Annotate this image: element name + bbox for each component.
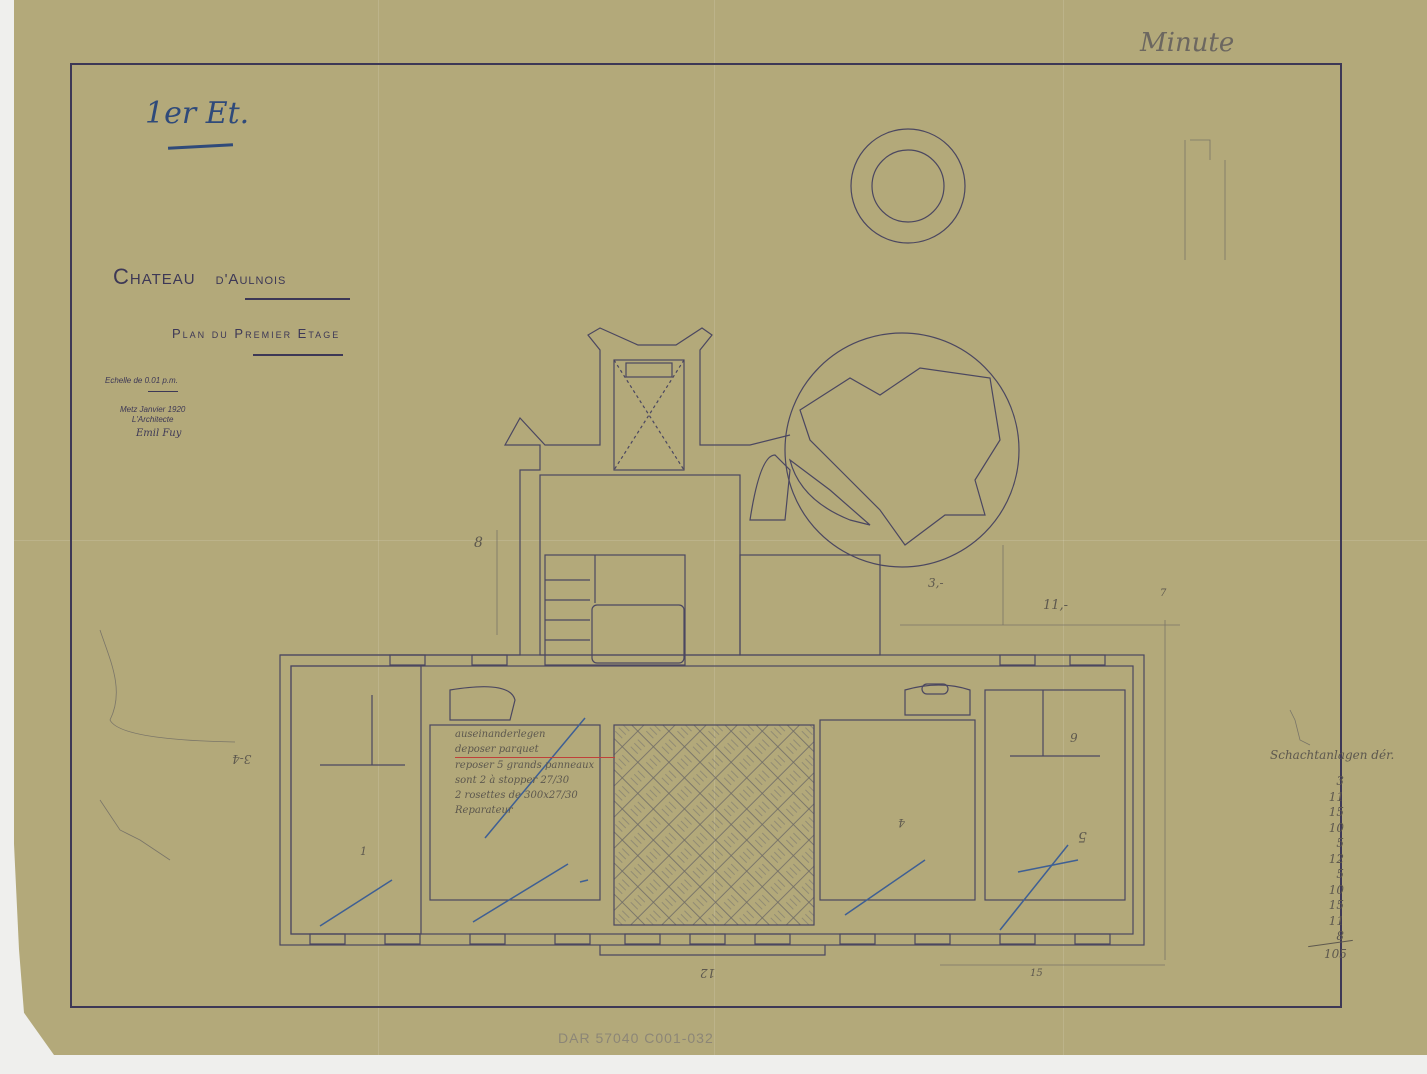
tally-list: 3 11 15 10 5 12 5 10 15 11 8 — [1320, 774, 1344, 945]
tally-header: Schachtanlagen dér. — [1270, 748, 1394, 762]
tally-total: 105 — [1324, 947, 1347, 961]
dimension-label: 8 — [474, 535, 483, 551]
parquet-floor-room — [614, 725, 814, 925]
tower-outer-circle — [851, 129, 965, 243]
room-number: 4 — [898, 816, 905, 829]
room-number: 1 — [360, 845, 367, 858]
floor-plan-drawing — [0, 0, 1427, 1074]
dimension-label: 11,- — [1043, 598, 1068, 613]
dimension-label: 15 — [1030, 968, 1043, 979]
center-room-note: auseinanderlegen deposer parquet reposer… — [455, 727, 615, 818]
dimension-label: 12 — [700, 966, 715, 980]
room-number: 5 — [1078, 828, 1087, 844]
dimension-label: 7 — [1160, 588, 1166, 599]
room-number: 6 — [1070, 730, 1078, 744]
archive-reference: DAR 57040 C001-032 — [558, 1030, 714, 1046]
dimension-label: 3,- — [928, 576, 944, 590]
dimension-label: 3-4 — [232, 752, 251, 766]
tower-inner-circle — [872, 150, 944, 222]
